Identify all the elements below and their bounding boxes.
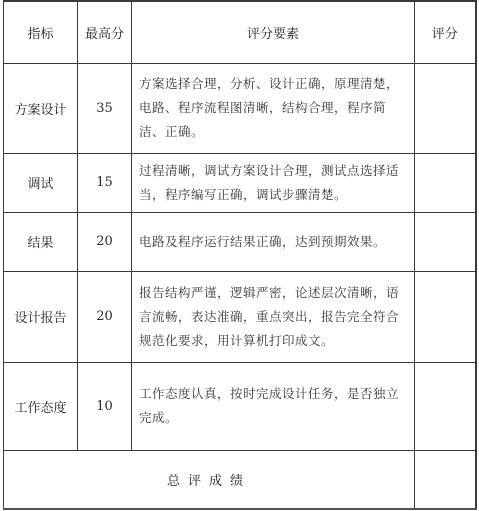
score-input-cell[interactable]: [415, 63, 476, 153]
criteria-cell: 过程清晰，调试方案设计合理，测试点选择适当，程序编写正确，调试步骤清楚。: [132, 153, 415, 212]
score-input-cell[interactable]: [415, 362, 476, 450]
table-row: 方案设计 35 方案选择合理，分析、设计正确，原理清楚，电路、程序流程图清晰，结…: [4, 63, 476, 153]
header-indicator: 指标: [4, 1, 78, 63]
indicator-cell: 调试: [4, 153, 78, 212]
max-score-cell: 10: [78, 362, 132, 450]
header-score: 评分: [415, 1, 476, 63]
criteria-cell: 报告结构严谨，逻辑严密，论述层次清晰，语言流畅，表达准确，重点突出，报告完全符合…: [132, 271, 415, 362]
table-row: 设计报告 20 报告结构严谨，逻辑严密，论述层次清晰，语言流畅，表达准确，重点突…: [4, 271, 476, 362]
score-input-cell[interactable]: [415, 271, 476, 362]
table-row: 结果 20 电路及程序运行结果正确，达到预期效果。: [4, 212, 476, 271]
score-input-cell[interactable]: [415, 212, 476, 271]
max-score-cell: 20: [78, 271, 132, 362]
criteria-cell: 电路及程序运行结果正确，达到预期效果。: [132, 212, 415, 271]
indicator-cell: 工作态度: [4, 362, 78, 450]
score-input-cell[interactable]: [415, 153, 476, 212]
max-score-cell: 20: [78, 212, 132, 271]
scoring-table: 指标 最高分 评分要素 评分 方案设计 35 方案选择合理，分析、设计正确，原理…: [3, 0, 477, 510]
total-row: 总评成绩: [4, 450, 476, 509]
header-criteria: 评分要素: [132, 1, 415, 63]
indicator-cell: 设计报告: [4, 271, 78, 362]
header-max-score: 最高分: [78, 1, 132, 63]
indicator-cell: 结果: [4, 212, 78, 271]
total-label: 总评成绩: [4, 450, 415, 509]
total-score-cell[interactable]: [415, 450, 476, 509]
max-score-cell: 35: [78, 63, 132, 153]
table-row: 调试 15 过程清晰，调试方案设计合理，测试点选择适当，程序编写正确，调试步骤清…: [4, 153, 476, 212]
header-row: 指标 最高分 评分要素 评分: [4, 1, 476, 63]
table-row: 工作态度 10 工作态度认真，按时完成设计任务，是否独立完成。: [4, 362, 476, 450]
criteria-cell: 方案选择合理，分析、设计正确，原理清楚，电路、程序流程图清晰，结构合理，程序简洁…: [132, 63, 415, 153]
indicator-cell: 方案设计: [4, 63, 78, 153]
criteria-cell: 工作态度认真，按时完成设计任务，是否独立完成。: [132, 362, 415, 450]
max-score-cell: 15: [78, 153, 132, 212]
